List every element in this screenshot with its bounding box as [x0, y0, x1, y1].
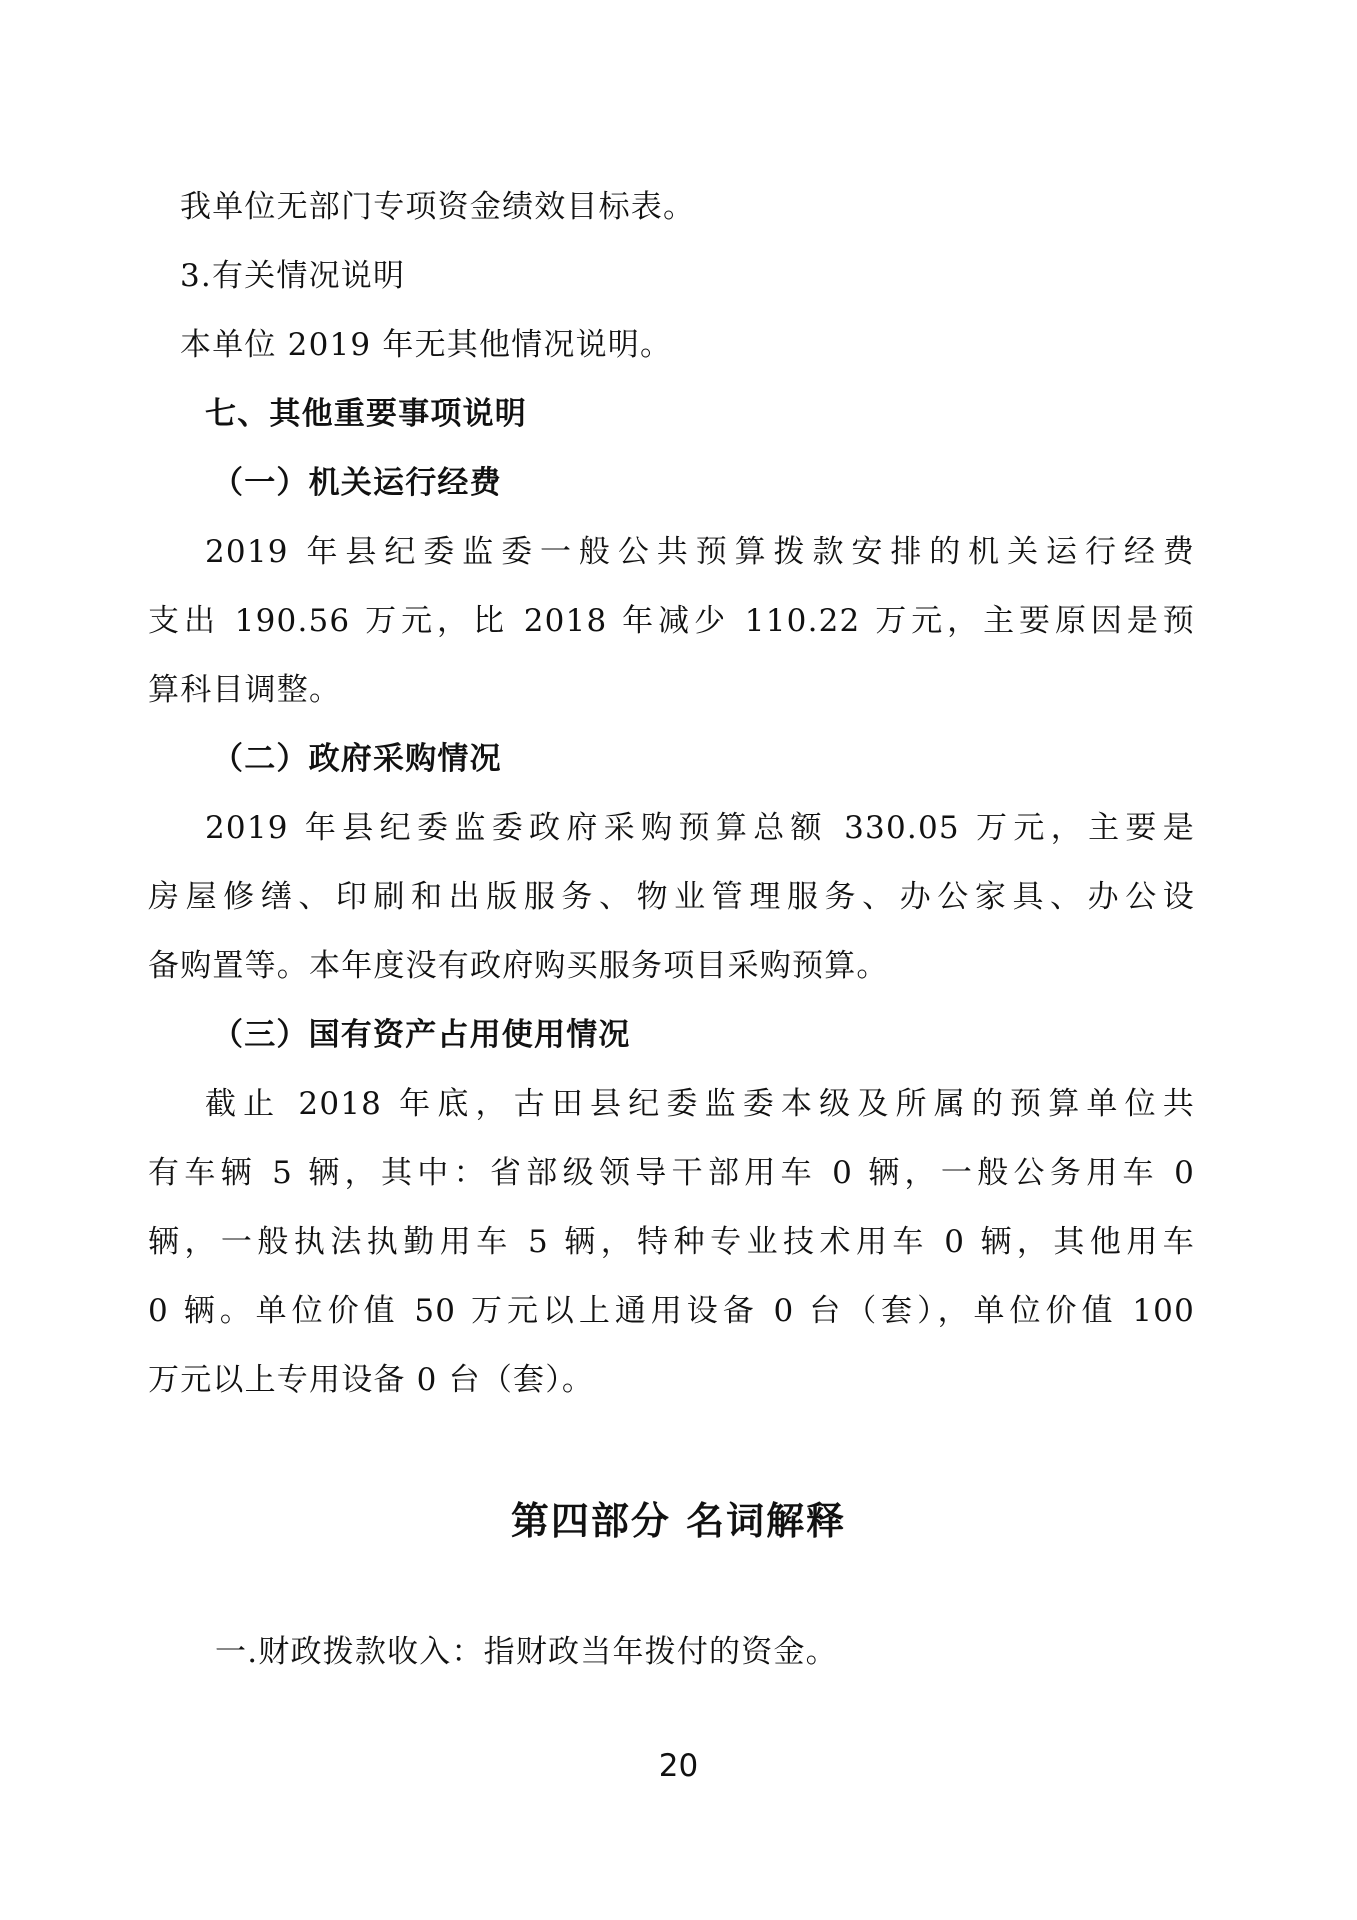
paragraph-line: 备购置等。本年度没有政府购买服务项目采购预算。: [148, 946, 1163, 986]
section-heading-other-matters: 七、其他重要事项说明: [205, 394, 1220, 434]
paragraph-no-special-fund-table: 我单位无部门专项资金绩效目标表。: [180, 187, 1195, 227]
paragraph-line: 辆，一般执法执勤用车 5 辆，特种专业技术用车 0 辆，其他用车: [148, 1222, 1195, 1262]
subheading-related-explanation: 3.有关情况说明: [180, 256, 1195, 296]
paragraph-line: 有车辆 5 辆，其中：省部级领导干部用车 0 辆，一般公务用车 0: [148, 1153, 1195, 1193]
paragraph-line: 截止 2018 年底，古田县纪委监委本级及所属的预算单位共: [205, 1084, 1195, 1124]
glossary-item-fiscal-appropriation: 一.财政拨款收入：指财政当年拨付的资金。: [215, 1632, 1230, 1672]
paragraph-no-other-explanation: 本单位 2019 年无其他情况说明。: [180, 325, 1195, 365]
paragraph-line: 万元以上专用设备 0 台（套）。: [148, 1360, 1163, 1400]
paragraph-line: 支出 190.56 万元，比 2018 年减少 110.22 万元，主要原因是预: [148, 601, 1195, 641]
subsection-heading-procurement: （二）政府采购情况: [212, 739, 1227, 779]
paragraph-line: 2019 年县纪委监委一般公共预算拨款安排的机关运行经费: [205, 532, 1195, 572]
paragraph-line: 0 辆。单位价值 50 万元以上通用设备 0 台（套），单位价值 100: [148, 1291, 1195, 1331]
subsection-heading-operating-costs: （一）机关运行经费: [212, 463, 1227, 503]
paragraph-line: 房屋修缮、印刷和出版服务、物业管理服务、办公家具、办公设: [148, 877, 1195, 917]
paragraph-line: 2019 年县纪委监委政府采购预算总额 330.05 万元，主要是: [205, 808, 1195, 848]
paragraph-line: 算科目调整。: [148, 670, 1163, 710]
part-title-glossary: 第四部分 名词解释: [0, 1490, 1357, 1545]
subsection-heading-state-assets: （三）国有资产占用使用情况: [212, 1015, 1227, 1055]
page-number: 20: [0, 1748, 1357, 1784]
